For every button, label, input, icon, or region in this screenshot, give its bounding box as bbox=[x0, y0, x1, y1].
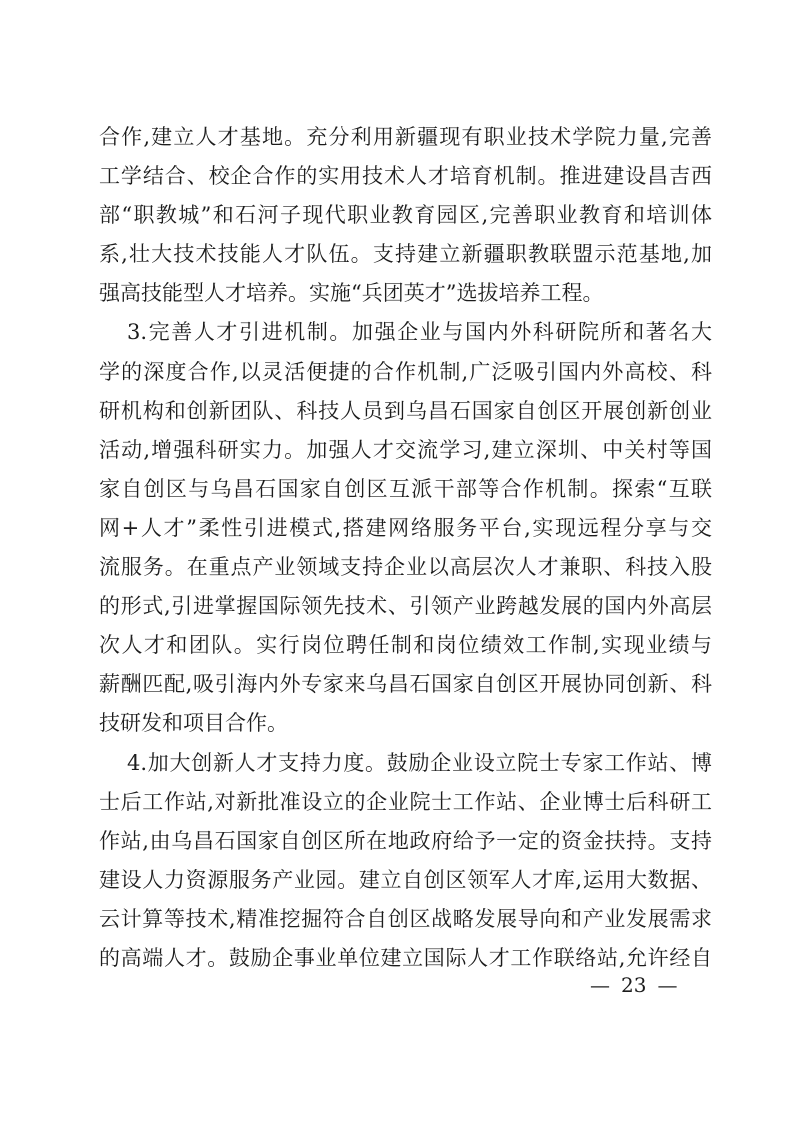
text-line: 合作,建立人才基地。充分利用新疆现有职业技术学院力量,完善 bbox=[99, 118, 712, 157]
text-line: 活动,增强科研实力。加强人才交流学习,建立深圳、中关村等国 bbox=[99, 431, 712, 470]
text-line: 技研发和项目合作。 bbox=[99, 704, 712, 743]
text-line: 士后工作站,对新批准设立的企业院士工作站、企业博士后科研工 bbox=[99, 783, 712, 822]
text-line: 建设人力资源服务产业园。建立自创区领军人才库,运用大数据、 bbox=[99, 861, 712, 900]
text-line: 作站,由乌昌石国家自创区所在地政府给予一定的资金扶持。支持 bbox=[99, 822, 712, 861]
text-line: 云计算等技术,精准挖掘符合自创区战略发展导向和产业发展需求 bbox=[99, 900, 712, 939]
page-footer: — 23 — bbox=[590, 974, 677, 996]
text-line: 工学结合、校企合作的实用技术人才培育机制。推进建设昌吉西 bbox=[99, 157, 712, 196]
footer-right-dash: — bbox=[657, 974, 677, 996]
text-line: 网+人才”柔性引进模式,搭建网络服务平台,实现远程分享与交 bbox=[99, 509, 712, 548]
text-line: 强高技能型人才培养。实施“兵团英才”选拔培养工程。 bbox=[99, 274, 712, 313]
text-line: 部“职教城”和石河子现代职业教育园区,完善职业教育和培训体 bbox=[99, 196, 712, 235]
document-page: 合作,建立人才基地。充分利用新疆现有职业技术学院力量,完善 工学结合、校企合作的… bbox=[0, 0, 793, 1122]
document-body: 合作,建立人才基地。充分利用新疆现有职业技术学院力量,完善 工学结合、校企合作的… bbox=[99, 118, 712, 978]
text-line: 薪酬匹配,吸引海内外专家来乌昌石国家自创区开展协同创新、科 bbox=[99, 665, 712, 704]
text-line: 3.完善人才引进机制。加强企业与国内外科研院所和著名大 bbox=[99, 313, 712, 352]
text-line: 流服务。在重点产业领域支持企业以高层次人才兼职、科技入股 bbox=[99, 548, 712, 587]
text-line: 研机构和创新团队、科技人员到乌昌石国家自创区开展创新创业 bbox=[99, 392, 712, 431]
text-line: 的形式,引进掌握国际领先技术、引领产业跨越发展的国内外高层 bbox=[99, 587, 712, 626]
page-number: 23 bbox=[621, 974, 646, 996]
text-line: 系,壮大技术技能人才队伍。支持建立新疆职教联盟示范基地,加 bbox=[99, 235, 712, 274]
text-line: 次人才和团队。实行岗位聘任制和岗位绩效工作制,实现业绩与 bbox=[99, 626, 712, 665]
text-line: 学的深度合作,以灵活便捷的合作机制,广泛吸引国内外高校、科 bbox=[99, 353, 712, 392]
text-line: 4.加大创新人才支持力度。鼓励企业设立院士专家工作站、博 bbox=[99, 744, 712, 783]
footer-left-dash: — bbox=[590, 974, 610, 996]
text-line: 家自创区与乌昌石国家自创区互派干部等合作机制。探索“互联 bbox=[99, 470, 712, 509]
